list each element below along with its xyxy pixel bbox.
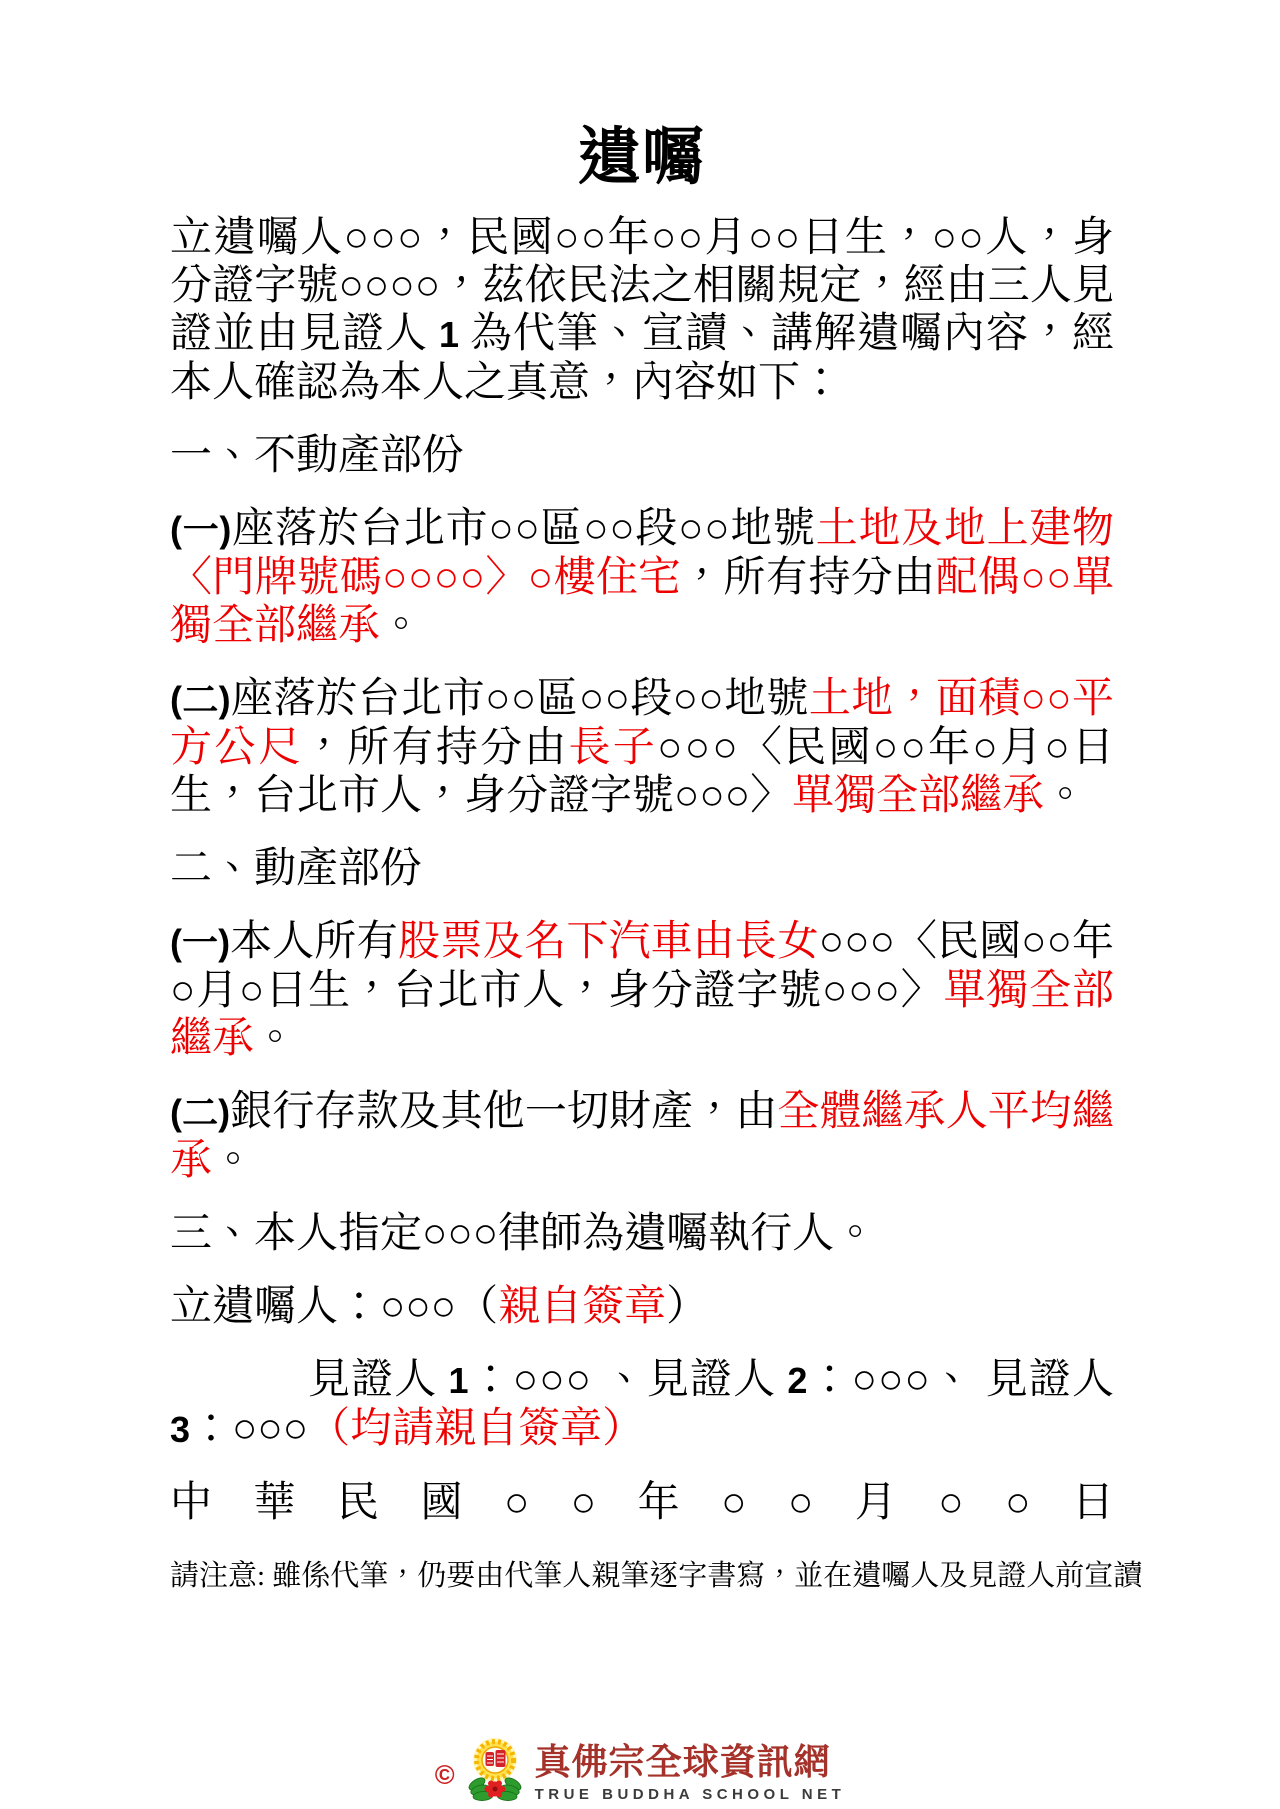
date-line-char: 年: [638, 1479, 680, 1527]
text-segment: 見證人: [308, 1357, 437, 1403]
testator-signature-line: 立遺囑人：○○○（親自簽章）: [170, 1283, 1114, 1331]
text-segment: ）: [666, 1284, 708, 1330]
site-name-block: 真佛宗全球資訊網 TRUE BUDDHA SCHOOL NET: [535, 1740, 846, 1803]
text-segment: 銀行存款及其他一切財產，由: [230, 1089, 777, 1135]
text-segment: 單獨全部繼承: [792, 773, 1044, 819]
text-segment: （均請親自簽章）: [308, 1406, 644, 1452]
text-segment: 1: [437, 1360, 468, 1401]
text-segment: 。: [380, 603, 422, 649]
text-segment: (二): [170, 1092, 230, 1133]
text-segment: 1: [428, 314, 470, 355]
date-line-char: ○: [571, 1479, 596, 1527]
text-segment: (一): [170, 509, 231, 550]
text-segment: ：○○○: [190, 1406, 308, 1452]
text-segment: 2: [776, 1360, 807, 1401]
section-1-heading: 一、不動產部份: [170, 432, 1114, 480]
text-segment: (一): [170, 922, 230, 963]
section-1-item-1: (一)座落於台北市○○區○○段○○地號土地及地上建物〈門牌號碼○○○○〉○樓住宅…: [170, 505, 1114, 650]
text-segment: 股票及名下汽車由長女: [398, 919, 818, 965]
site-name-chinese: 真佛宗全球資訊網: [535, 1740, 831, 1784]
section-2-item-1: (一)本人所有股票及名下汽車由長女○○○〈民國○○年○月○日生，台北市人，身分證…: [170, 918, 1114, 1063]
section-2-item-2: (二)銀行存款及其他一切財產，由全體繼承人平均繼承。: [170, 1088, 1114, 1185]
date-line-char: 民: [337, 1479, 379, 1527]
date-line: 中華民國○○年○○月○○日: [170, 1479, 1114, 1527]
date-line-char: 國: [420, 1479, 462, 1527]
text-segment: 本人所有: [230, 919, 398, 965]
text-segment: 3: [170, 1409, 190, 1450]
date-line-char: ○: [788, 1479, 813, 1527]
section-3-executor: 三、本人指定○○○律師為遺囑執行人。: [170, 1210, 1114, 1258]
date-line-char: 月: [855, 1479, 897, 1527]
date-line-char: ○: [1005, 1479, 1030, 1527]
text-segment: ，所有持分由: [681, 555, 936, 601]
true-buddha-school-emblem-icon: [467, 1737, 523, 1803]
document-title: 遺囑: [170, 122, 1114, 194]
text-segment: 一、不動產部份: [170, 433, 464, 479]
text-segment: 座落於台北市○○區○○段○○地號: [231, 506, 815, 552]
text-segment: 。: [254, 1016, 296, 1062]
intro-paragraph: 立遺囑人○○○，民國○○年○○月○○日生，○○人，身分證字號○○○○，茲依民法之…: [170, 214, 1114, 407]
text-segment: 親自簽章: [498, 1284, 666, 1330]
site-name-english: TRUE BUDDHA SCHOOL NET: [535, 1786, 846, 1803]
text-segment: 立遺囑人：○○○（: [170, 1284, 498, 1330]
text-segment: ：○○○、 見證人: [807, 1357, 1114, 1403]
site-footer: ©: [0, 1737, 1280, 1803]
date-line-char: ○: [504, 1479, 529, 1527]
document-body: 立遺囑人○○○，民國○○年○○月○○日生，○○人，身分證字號○○○○，茲依民法之…: [170, 214, 1114, 1454]
section-2-heading: 二、動產部份: [170, 845, 1114, 893]
text-segment: 座落於台北市○○區○○段○○地號: [231, 676, 809, 722]
date-line-char: ○: [721, 1479, 746, 1527]
text-segment: 。: [212, 1138, 254, 1184]
text-segment: 二、動產部份: [170, 846, 422, 892]
date-line-char: ○: [938, 1479, 963, 1527]
text-segment: 。: [1044, 773, 1086, 819]
text-segment: ，所有持分由: [303, 725, 569, 771]
date-line-char: 華: [253, 1479, 295, 1527]
text-segment: 三、本人指定○○○律師為遺囑執行人。: [170, 1211, 876, 1257]
text-segment: ：○○○ 、見證人: [468, 1357, 776, 1403]
date-line-char: 日: [1072, 1479, 1114, 1527]
text-segment: 長子: [569, 725, 658, 771]
section-1-item-2: (二)座落於台北市○○區○○段○○地號土地，面積○○平方公尺，所有持分由長子○○…: [170, 675, 1114, 820]
footnote: 請注意: 雖係代筆，仍要由代筆人親筆逐字書寫，並在遺囑人及見證人前宣讀: [170, 1557, 1114, 1595]
document-content: 遺囑 立遺囑人○○○，民國○○年○○月○○日生，○○人，身分證字號○○○○，茲依…: [170, 122, 1114, 1595]
copyright-icon: ©: [435, 1760, 455, 1791]
witnesses-signature-line: 見證人 1：○○○ 、見證人 2：○○○、 見證人 3：○○○（均請親自簽章）: [170, 1356, 1114, 1454]
will-document-page: 遺囑 立遺囑人○○○，民國○○年○○月○○日生，○○人，身分證字號○○○○，茲依…: [0, 0, 1280, 1809]
text-segment: (二): [170, 679, 231, 720]
date-line-char: 中: [170, 1479, 212, 1527]
